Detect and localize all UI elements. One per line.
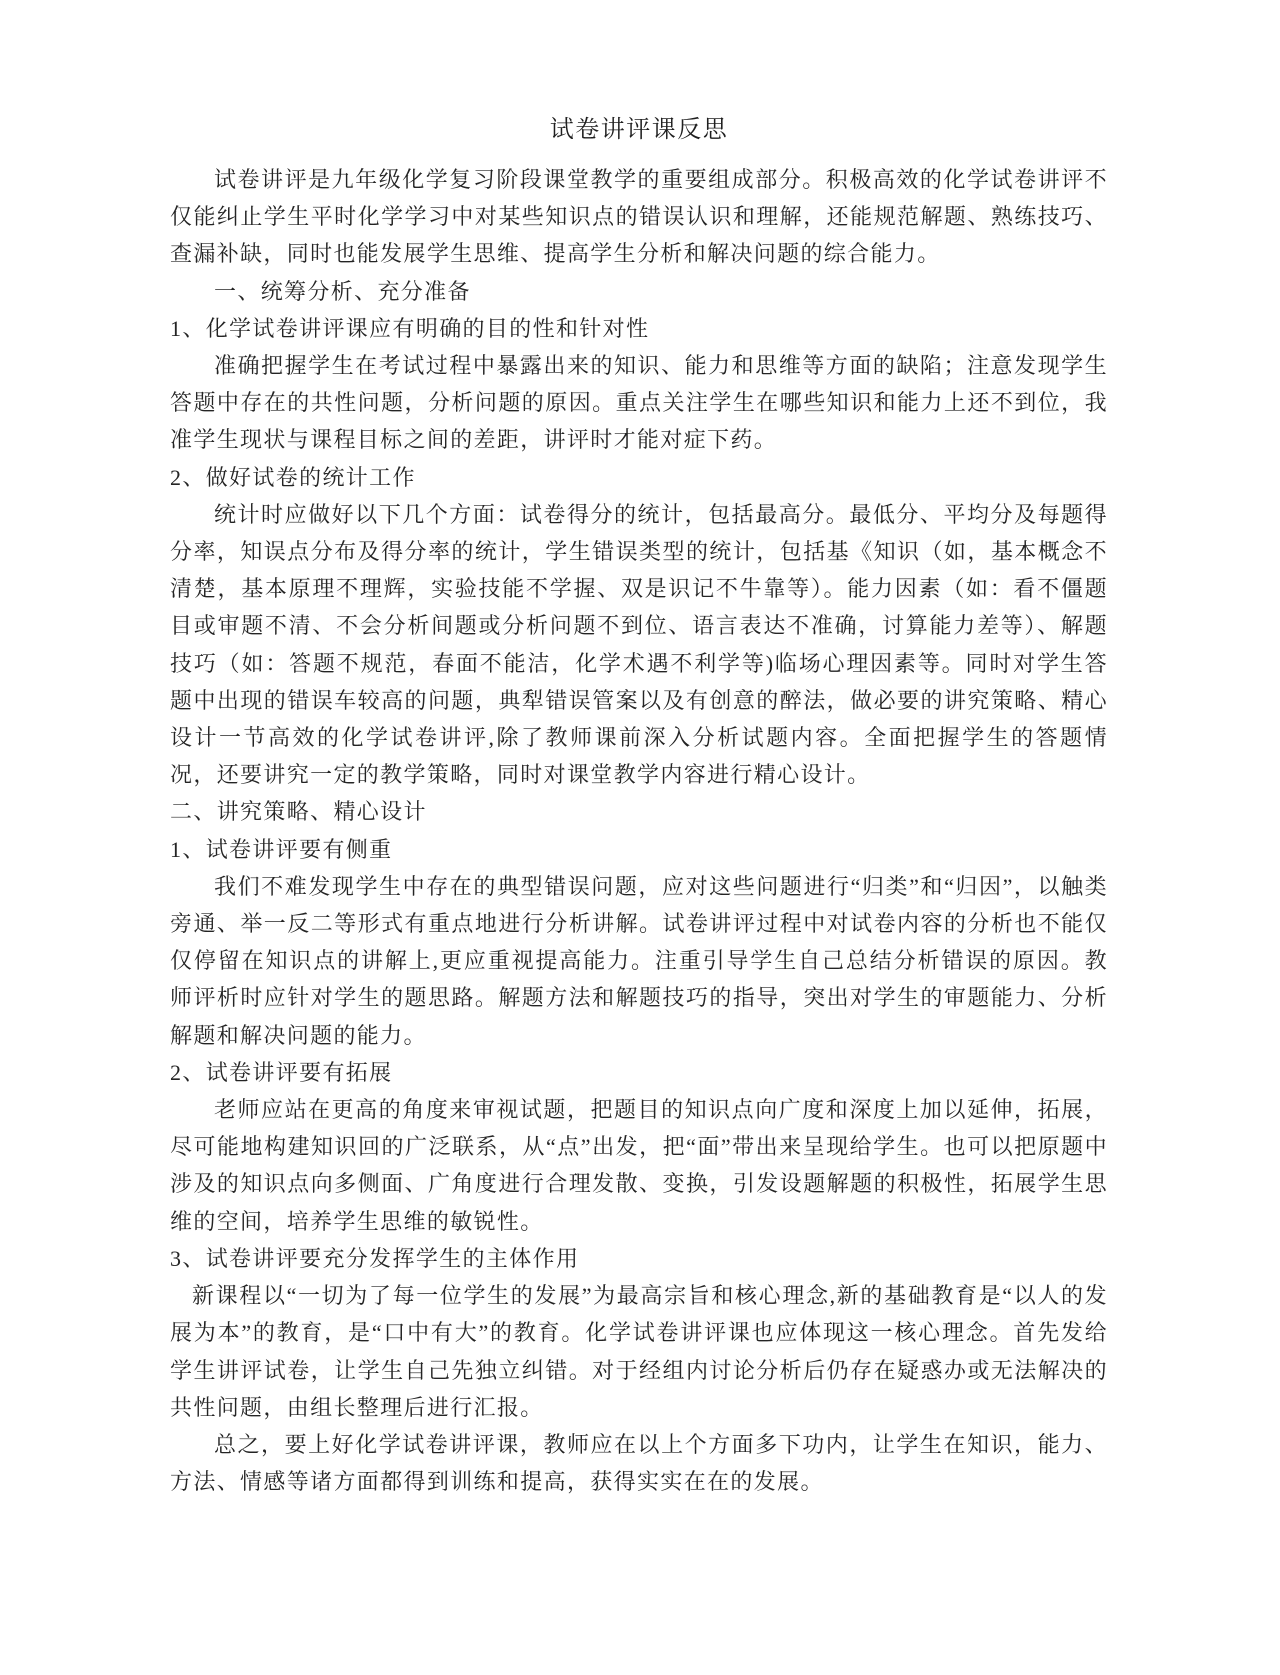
paragraph: 总之，要上好化学试卷讲评课，教师应在以上个方面多下功内，让学生在知识，能力、方法…: [170, 1426, 1108, 1500]
paragraph: 二、讲究策略、精心设计: [170, 793, 1108, 830]
paragraph: 1、试卷讲评要有侧重: [170, 831, 1108, 868]
paragraph: 1、化学试卷讲评课应有明确的目的性和针对性: [170, 310, 1108, 347]
document-body: 试卷讲评是九年级化学复习阶段课堂教学的重要组成部分。积极高效的化学试卷讲评不仅能…: [170, 161, 1108, 1500]
paragraph: 一、统筹分析、充分准备: [170, 273, 1108, 310]
paragraph: 3、试卷讲评要充分发挥学生的主体作用: [170, 1240, 1108, 1277]
paragraph: 我们不难发现学生中存在的典型错误问题，应对这些问题进行“归类”和“归因”，以触类…: [170, 868, 1108, 1054]
document-page: 试卷讲评课反思 试卷讲评是九年级化学复习阶段课堂教学的重要组成部分。积极高效的化…: [0, 0, 1280, 1675]
paragraph: 2、做好试卷的统计工作: [170, 459, 1108, 496]
paragraph: 试卷讲评是九年级化学复习阶段课堂教学的重要组成部分。积极高效的化学试卷讲评不仅能…: [170, 161, 1108, 273]
paragraph: 老师应站在更高的角度来审视试题，把题目的知识点向广度和深度上加以延伸，拓展，尽可…: [170, 1091, 1108, 1240]
document-title: 试卷讲评课反思: [170, 112, 1108, 149]
paragraph: 新课程以“一切为了每一位学生的发展”为最高宗旨和核心理念,新的基础教育是“以人的…: [170, 1277, 1108, 1426]
paragraph: 准确把握学生在考试过程中暴露出来的知识、能力和思维等方面的缺陷；注意发现学生答题…: [170, 347, 1108, 459]
paragraph: 2、试卷讲评要有拓展: [170, 1054, 1108, 1091]
paragraph: 统计时应做好以下几个方面：试卷得分的统计，包括最高分。最低分、平均分及每题得分率…: [170, 496, 1108, 794]
